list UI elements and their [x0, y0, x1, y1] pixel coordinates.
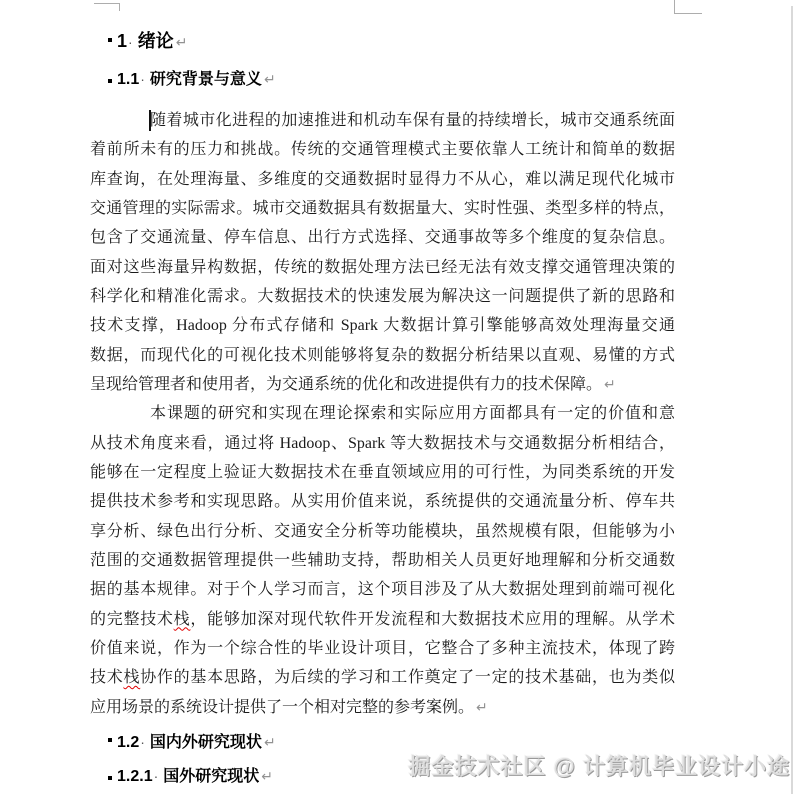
spellcheck-flagged-text: 栈 — [174, 611, 191, 628]
text-segment: 据的基本规律。对于个人学习而言，这个项目涉及了从大数据处理到前端可视化 — [90, 581, 675, 598]
text-line: 本课题的研究和实现在理论探索和实际应用方面都具有一定的价值和意义。 — [90, 399, 675, 428]
text-segment: 着前所未有的压力和挑战。传统的交通管理模式主要依靠人工统计和简单的数据 — [90, 141, 675, 158]
keep-with-next-square-icon — [108, 776, 112, 780]
heading-title: 绪论 — [138, 31, 174, 51]
paragraph: 本课题的研究和实现在理论探索和实际应用方面都具有一定的价值和意义。从技术角度来看… — [90, 399, 675, 722]
space-format-mark: · — [154, 768, 159, 784]
text-segment: 的完整技术 — [90, 611, 174, 628]
text-boundary-corner-top-left — [94, 3, 120, 11]
text-segment: 范围的交通数据管理提供一些辅助支持，帮助相关人员更好地理解和分析交通数 — [90, 552, 675, 569]
text-line: 能够在一定程度上验证大数据技术在垂直领域应用的可行性，为同类系统的开发 — [90, 458, 675, 487]
text-segment: ，能够加深对现代软件开发流程和大数据技术应用的理解。从学术 — [190, 611, 675, 628]
text-line: 科学化和精准化需求。大数据技术的快速发展为解决这一问题提供了新的思路和 — [90, 282, 675, 311]
text-line: 数据，而现代化的可视化技术则能够将复杂的数据分析结果以直观、易懂的方式 — [90, 341, 675, 370]
text-line: 的完整技术栈，能够加深对现代软件开发流程和大数据技术应用的理解。从学术 — [90, 605, 675, 634]
text-segment: 交通管理的实际需求。城市交通数据具有数据量大、实时性强、类型多样的特点， — [90, 200, 675, 217]
document-page[interactable]: 1·绪论↵ 1.1·研究背景与意义↵ 随着城市化进程的加速推进和机动车保有量的持… — [0, 0, 793, 794]
text-line: 包含了交通流量、停车信息、出行方式选择、交通事故等多个维度的复杂信息。 — [90, 223, 675, 252]
text-line: 技术支撑，Hadoop 分布式存储和 Spark 大数据计算引擎能够高效处理海量… — [90, 311, 675, 340]
paragraph-mark: ↵ — [604, 377, 616, 393]
keep-with-next-square-icon — [108, 738, 112, 742]
text-segment: 能够在一定程度上验证大数据技术在垂直领域应用的可行性，为同类系统的开发 — [90, 464, 675, 481]
heading-number: 1.2.1 — [117, 768, 153, 785]
text-segment: 库查询，在处理海量、多维度的交通数据时显得力不从心，难以满足现代化城市 — [90, 171, 675, 188]
body-paragraphs[interactable]: 随着城市化进程的加速推进和机动车保有量的持续增长，城市交通系统面临着前所未有的压… — [90, 106, 675, 722]
heading-title: 研究背景与意义 — [150, 71, 262, 88]
text-line: 价值来说，作为一个综合性的毕业设计项目，它整合了多种主流技术，体现了跨 — [90, 634, 675, 663]
text-line: 呈现给管理者和使用者，为交通系统的优化和改进提供有力的技术保障。↵ — [90, 370, 675, 399]
keep-with-next-square-icon — [108, 38, 112, 42]
heading-1-1: 1.1·研究背景与意义↵ — [108, 66, 276, 89]
text-segment: 价值来说，作为一个综合性的毕业设计项目，它整合了多种主流技术，体现了跨 — [90, 640, 675, 657]
text-segment: 提供技术参考和实现思路。从实用价值来说，系统提供的交通流量分析、停车共 — [90, 493, 675, 510]
text-line: 随着城市化进程的加速推进和机动车保有量的持续增长，城市交通系统面临 — [90, 106, 675, 135]
text-line: 库查询，在处理海量、多维度的交通数据时显得力不从心，难以满足现代化城市 — [90, 165, 675, 194]
text-segment: 享分析、绿色出行分析、交通安全分析等功能模块，虽然规模有限，但能够为小 — [90, 523, 675, 540]
text-line: 提供技术参考和实现思路。从实用价值来说，系统提供的交通流量分析、停车共 — [90, 487, 675, 516]
paragraph-mark: ↵ — [176, 35, 188, 51]
text-boundary-corner-top-right — [674, 0, 702, 14]
text-segment: 面对这些海量异构数据，传统的数据处理方法已经无法有效支撑交通管理决策的 — [90, 259, 675, 276]
space-format-mark: · — [128, 34, 133, 50]
text-segment: 应用场景的系统设计提供了一个相对完整的参考案例。 — [90, 699, 474, 716]
text-line: 范围的交通数据管理提供一些辅助支持，帮助相关人员更好地理解和分析交通数 — [90, 546, 675, 575]
text-line: 着前所未有的压力和挑战。传统的交通管理模式主要依靠人工统计和简单的数据 — [90, 135, 675, 164]
text-line: 交通管理的实际需求。城市交通数据具有数据量大、实时性强、类型多样的特点， — [90, 194, 675, 223]
text-line: 技术栈协作的基本思路，为后续的学习和工作奠定了一定的技术基础，也为类似 — [90, 663, 675, 692]
paragraph-mark: ↵ — [476, 700, 488, 716]
heading-number: 1 — [117, 31, 127, 51]
text-segment: 技术 — [90, 669, 123, 686]
text-line: 面对这些海量异构数据，传统的数据处理方法已经无法有效支撑交通管理决策的 — [90, 253, 675, 282]
text-segment: 数据，而现代化的可视化技术则能够将复杂的数据分析结果以直观、易懂的方式 — [90, 347, 675, 364]
text-segment: 随着城市化进程的加速推进和机动车保有量的持续增长，城市交通系统面临 — [90, 112, 675, 135]
space-format-mark: · — [140, 734, 145, 750]
space-format-mark: · — [140, 71, 145, 87]
heading-1-2-1: 1.2.1·国外研究现状↵ — [108, 763, 273, 786]
heading-1-2: 1.2·国内外研究现状↵ — [108, 729, 276, 752]
heading-number: 1.1 — [117, 71, 139, 88]
heading-number: 1.2 — [117, 734, 139, 751]
text-segment: 协作的基本思路，为后续的学习和工作奠定了一定的技术基础，也为类似 — [140, 669, 675, 686]
heading-title: 国内外研究现状 — [150, 734, 262, 751]
text-segment: 包含了交通流量、停车信息、出行方式选择、交通事故等多个维度的复杂信息。 — [90, 229, 675, 246]
text-segment: 从技术角度来看，通过将 Hadoop、Spark 等大数据技术与交通数据分析相结… — [90, 435, 675, 452]
paragraph: 随着城市化进程的加速推进和机动车保有量的持续增长，城市交通系统面临着前所未有的压… — [90, 106, 675, 399]
heading-chapter-1: 1·绪论↵ — [108, 27, 187, 53]
text-line: 据的基本规律。对于个人学习而言，这个项目涉及了从大数据处理到前端可视化 — [90, 575, 675, 604]
text-line: 享分析、绿色出行分析、交通安全分析等功能模块，虽然规模有限，但能够为小 — [90, 517, 675, 546]
paragraph-mark: ↵ — [264, 735, 276, 751]
text-segment: 本课题的研究和实现在理论探索和实际应用方面都具有一定的价值和意义。 — [90, 405, 675, 428]
text-segment: 技术支撑，Hadoop 分布式存储和 Spark 大数据计算引擎能够高效处理海量… — [90, 317, 675, 334]
text-line: 从技术角度来看，通过将 Hadoop、Spark 等大数据技术与交通数据分析相结… — [90, 429, 675, 458]
text-line: 应用场景的系统设计提供了一个相对完整的参考案例。↵ — [90, 693, 675, 722]
watermark-text: 掘金技术社区 @ 计算机毕业设计小途 — [408, 750, 790, 781]
spellcheck-flagged-text: 栈 — [123, 669, 140, 686]
paragraph-mark: ↵ — [264, 72, 276, 88]
text-cursor — [149, 110, 151, 131]
heading-title: 国外研究现状 — [163, 768, 259, 785]
text-segment: 科学化和精准化需求。大数据技术的快速发展为解决这一问题提供了新的思路和 — [90, 288, 675, 305]
keep-with-next-square-icon — [108, 79, 112, 83]
text-segment: 呈现给管理者和使用者，为交通系统的优化和改进提供有力的技术保障。 — [90, 376, 602, 393]
paragraph-mark: ↵ — [261, 769, 273, 785]
